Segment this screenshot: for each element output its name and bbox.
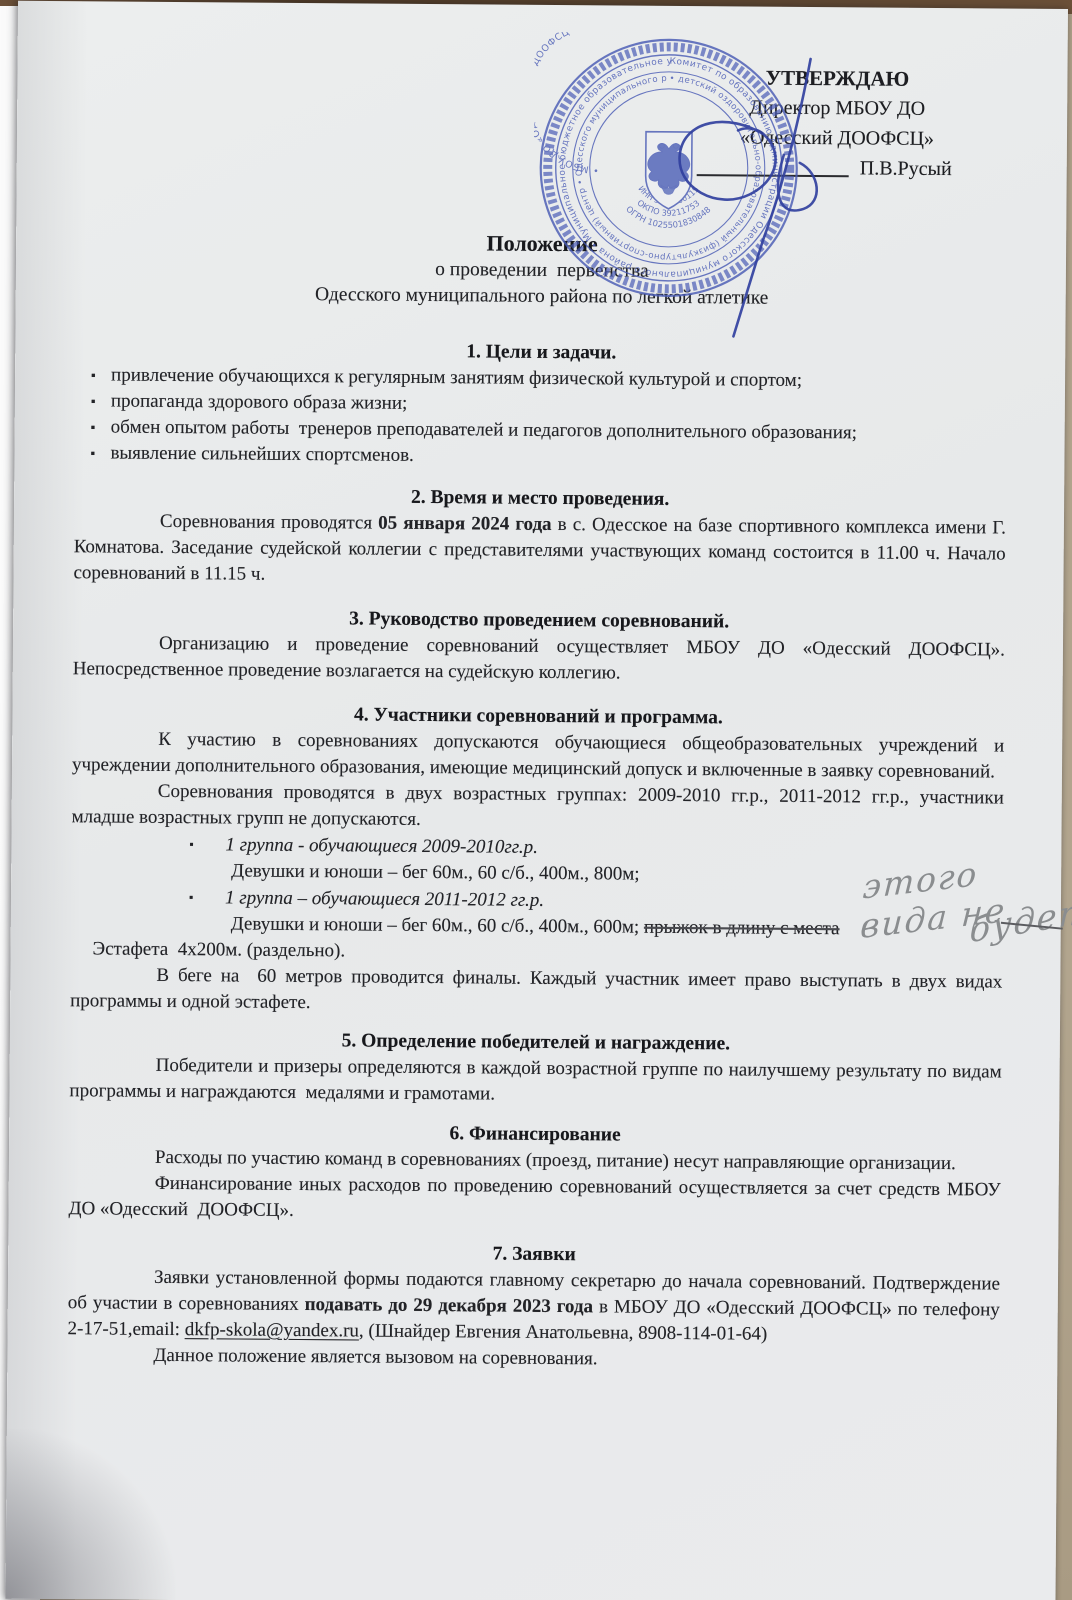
group-title: 1 группа - обучающиеся 2009-2010гг.р.	[225, 834, 538, 857]
bullet-icon: ▪	[91, 362, 111, 388]
date-bold: 05 января 2024 года	[378, 513, 552, 535]
section-time-place: 2. Время и место проведения. Соревновани…	[73, 482, 1006, 593]
paragraph: Соревнования проводятся 05 января 2024 г…	[73, 508, 1006, 593]
goal-text: привлечение обучающихся к регулярным зан…	[111, 364, 802, 390]
goals-list: ▪привлечение обучающихся к регулярным за…	[74, 362, 1007, 473]
bullet-icon: ▪	[91, 388, 111, 414]
section-management: 3. Руководство проведением соревнований.…	[73, 604, 1006, 689]
bullet-icon: ▪	[189, 884, 225, 910]
paragraph: Победители и призеры определяются в кажд…	[69, 1052, 1001, 1111]
deadline-bold: подавать до 29 декабря 2023 года	[305, 1294, 594, 1317]
bullet-icon: ▪	[189, 831, 225, 857]
text-run: , (Шнайдер Евгения Анатольевна, 8908-114…	[359, 1320, 768, 1344]
section-participants: 4. Участники соревнований и программа. К…	[70, 700, 1004, 1021]
group-title: 1 группа – обучающиеся 2011-2012 гг.р.	[225, 887, 544, 911]
signature-ink	[530, 33, 872, 346]
paragraph: Организацию и проведение соревнований ос…	[73, 630, 1005, 689]
goal-text: обмен опытом работы тренеров преподавате…	[111, 416, 857, 443]
text-run: Соревнования проводятся	[160, 511, 378, 534]
section-goals: 1. Цели и задачи. ▪привлечение обучающих…	[74, 336, 1007, 473]
bullet-icon: ▪	[91, 414, 111, 440]
email-address: dkfp-skola@yandex.ru	[185, 1319, 359, 1341]
signature-loop	[679, 122, 776, 200]
paragraph: В беге на 60 метров проводится финалы. К…	[70, 962, 1002, 1021]
bullet-icon: ▪	[90, 440, 110, 466]
struck-event-text: прыжок в длину с места	[644, 917, 840, 940]
page-corner-shadow	[5, 1429, 176, 1600]
goal-text: выявление сильнейших спортсменов.	[110, 442, 414, 465]
paragraph: Заявки установленной формы подаются глав…	[67, 1264, 1000, 1349]
paragraph: Соревнования проводятся в двух возрастны…	[72, 778, 1004, 837]
section-applications: 7. Заявки Заявки установленной формы под…	[67, 1238, 1000, 1375]
section-financing: 6. Финансирование Расходы по участию ком…	[68, 1118, 1001, 1229]
signature-small-loop	[778, 155, 817, 211]
goal-text: пропаганда здорового образа жизни;	[111, 390, 408, 413]
paragraph: К участию в соревнованиях допускаются об…	[72, 726, 1004, 785]
document-page: УТВЕРЖДАЮ Директор МБОУ ДО «Одесский ДОО…	[5, 1, 1068, 1600]
section-winners: 5. Определение победителей и награждение…	[69, 1026, 1002, 1111]
text-run: Девушки и юноши – бег 60м., 60 с/б., 400…	[231, 913, 644, 937]
paragraph: Финансирование иных расходов по проведен…	[68, 1170, 1000, 1229]
